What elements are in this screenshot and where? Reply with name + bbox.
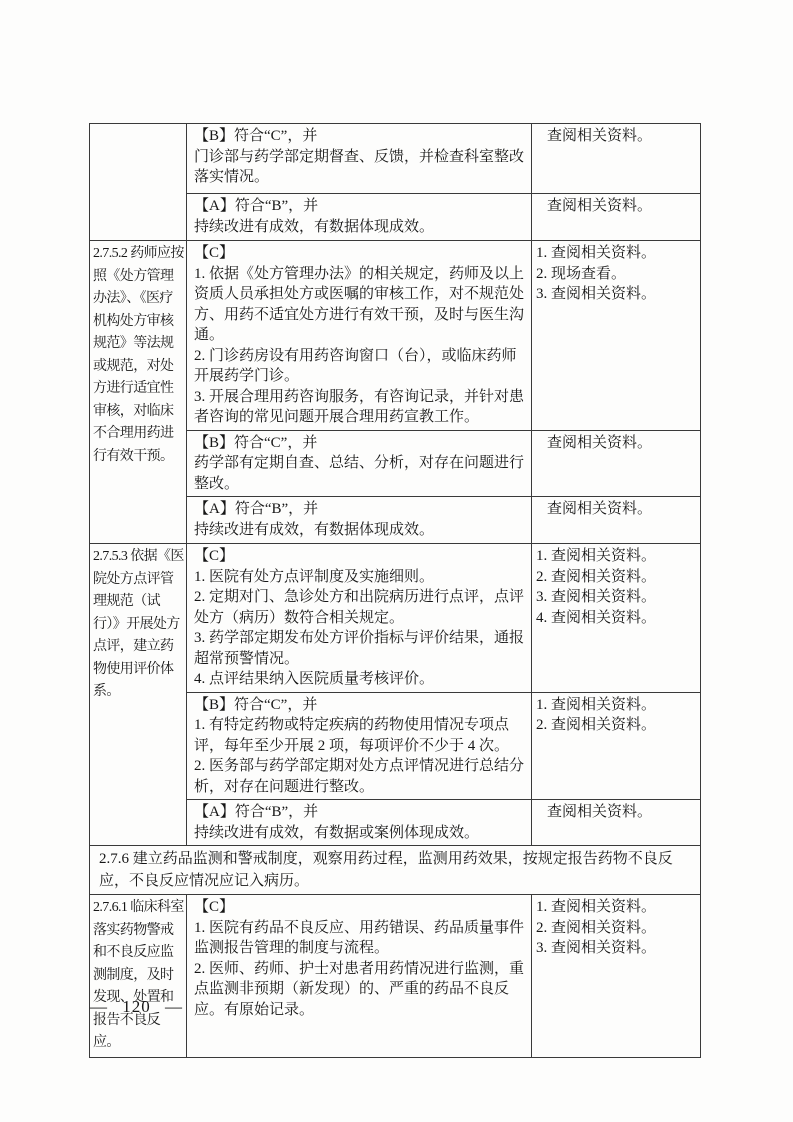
criteria-cell-prev-b: 【B】符合“C”，并 门诊部与药学部定期督查、反馈，并检查科室整改落实情况。: [187, 124, 532, 194]
item-cell-2761: 2.7.6.1 临床科室落实药物警戒和不良反应监测制度，及时发现、处置和报告不良…: [90, 895, 187, 1058]
table-row: 2.7.6.1 临床科室落实药物警戒和不良反应监测制度，及时发现、处置和报告不良…: [90, 895, 701, 1058]
item-cell-empty: [90, 124, 187, 241]
method-cell-2753-b: 1. 查阅相关资料。 2. 查阅相关资料。: [532, 692, 701, 800]
criteria-cell-2753-b: 【B】符合“C”，并 1. 有特定药物或特定疾病的药物使用情况专项点评，每年至少…: [187, 692, 532, 800]
section-header-cell-276: 2.7.6 建立药品监测和警戒制度，观察用药过程，监测用药效果，按规定报告药物不…: [90, 846, 701, 895]
criteria-cell-2752-b: 【B】符合“C”，并 药学部有定期自查、总结、分析，对存在问题进行整改。: [187, 430, 532, 497]
method-cell-2752-b: 查阅相关资料。: [532, 430, 701, 497]
table-row: 2.7.6 建立药品监测和警戒制度，观察用药过程，监测用药效果，按规定报告药物不…: [90, 846, 701, 895]
table-row: 2.7.5.2 药师应按照《处方管理办法》、《医疗机构处方审核规范》等法规或规范…: [90, 241, 701, 431]
method-cell-2752-a: 查阅相关资料。: [532, 497, 701, 544]
item-cell-2753: 2.7.5.3 依据《医院处方点评管理规范（试行）》开展处方点评，建立药物使用评…: [90, 544, 187, 846]
item-cell-2752: 2.7.5.2 药师应按照《处方管理办法》、《医疗机构处方审核规范》等法规或规范…: [90, 241, 187, 544]
method-cell-prev-b: 查阅相关资料。: [532, 124, 701, 194]
document-page: 【B】符合“C”，并 门诊部与药学部定期督查、反馈，并检查科室整改落实情况。 查…: [0, 0, 793, 1122]
table-row: 【B】符合“C”，并 门诊部与药学部定期督查、反馈，并检查科室整改落实情况。 查…: [90, 124, 701, 194]
criteria-cell-2752-a: 【A】符合“B”，并 持续改进有成效，有数据体现成效。: [187, 497, 532, 544]
page-number: — 120 —: [90, 997, 183, 1017]
criteria-cell-2761-c: 【C】 1. 医院有药品不良反应、用药错误、药品质量事件监测报告管理的制度与流程…: [187, 895, 532, 1058]
criteria-cell-prev-a: 【A】符合“B”，并 持续改进有成效，有数据体现成效。: [187, 194, 532, 241]
criteria-cell-2752-c: 【C】 1. 依据《处方管理办法》的相关规定，药师及以上资质人员承担处方或医嘱的…: [187, 241, 532, 431]
criteria-cell-2753-a: 【A】符合“B”，并 持续改进有成效，有数据或案例体现成效。: [187, 800, 532, 846]
method-cell-2753-a: 查阅相关资料。: [532, 800, 701, 846]
table-row: 2.7.5.3 依据《医院处方点评管理规范（试行）》开展处方点评，建立药物使用评…: [90, 544, 701, 693]
method-cell-2752-c: 1. 查阅相关资料。 2. 现场查看。 3. 查阅相关资料。: [532, 241, 701, 431]
method-cell-2761-c: 1. 查阅相关资料。 2. 查阅相关资料。 3. 查阅相关资料。: [532, 895, 701, 1058]
criteria-cell-2753-c: 【C】 1. 医院有处方点评制度及实施细则。 2. 定期对门、急诊处方和出院病历…: [187, 544, 532, 693]
method-cell-2753-c: 1. 查阅相关资料。 2. 查阅相关资料。 3. 查阅相关资料。 4. 查阅相关…: [532, 544, 701, 693]
evaluation-table: 【B】符合“C”，并 门诊部与药学部定期督查、反馈，并检查科室整改落实情况。 查…: [89, 123, 701, 1058]
method-cell-prev-a: 查阅相关资料。: [532, 194, 701, 241]
